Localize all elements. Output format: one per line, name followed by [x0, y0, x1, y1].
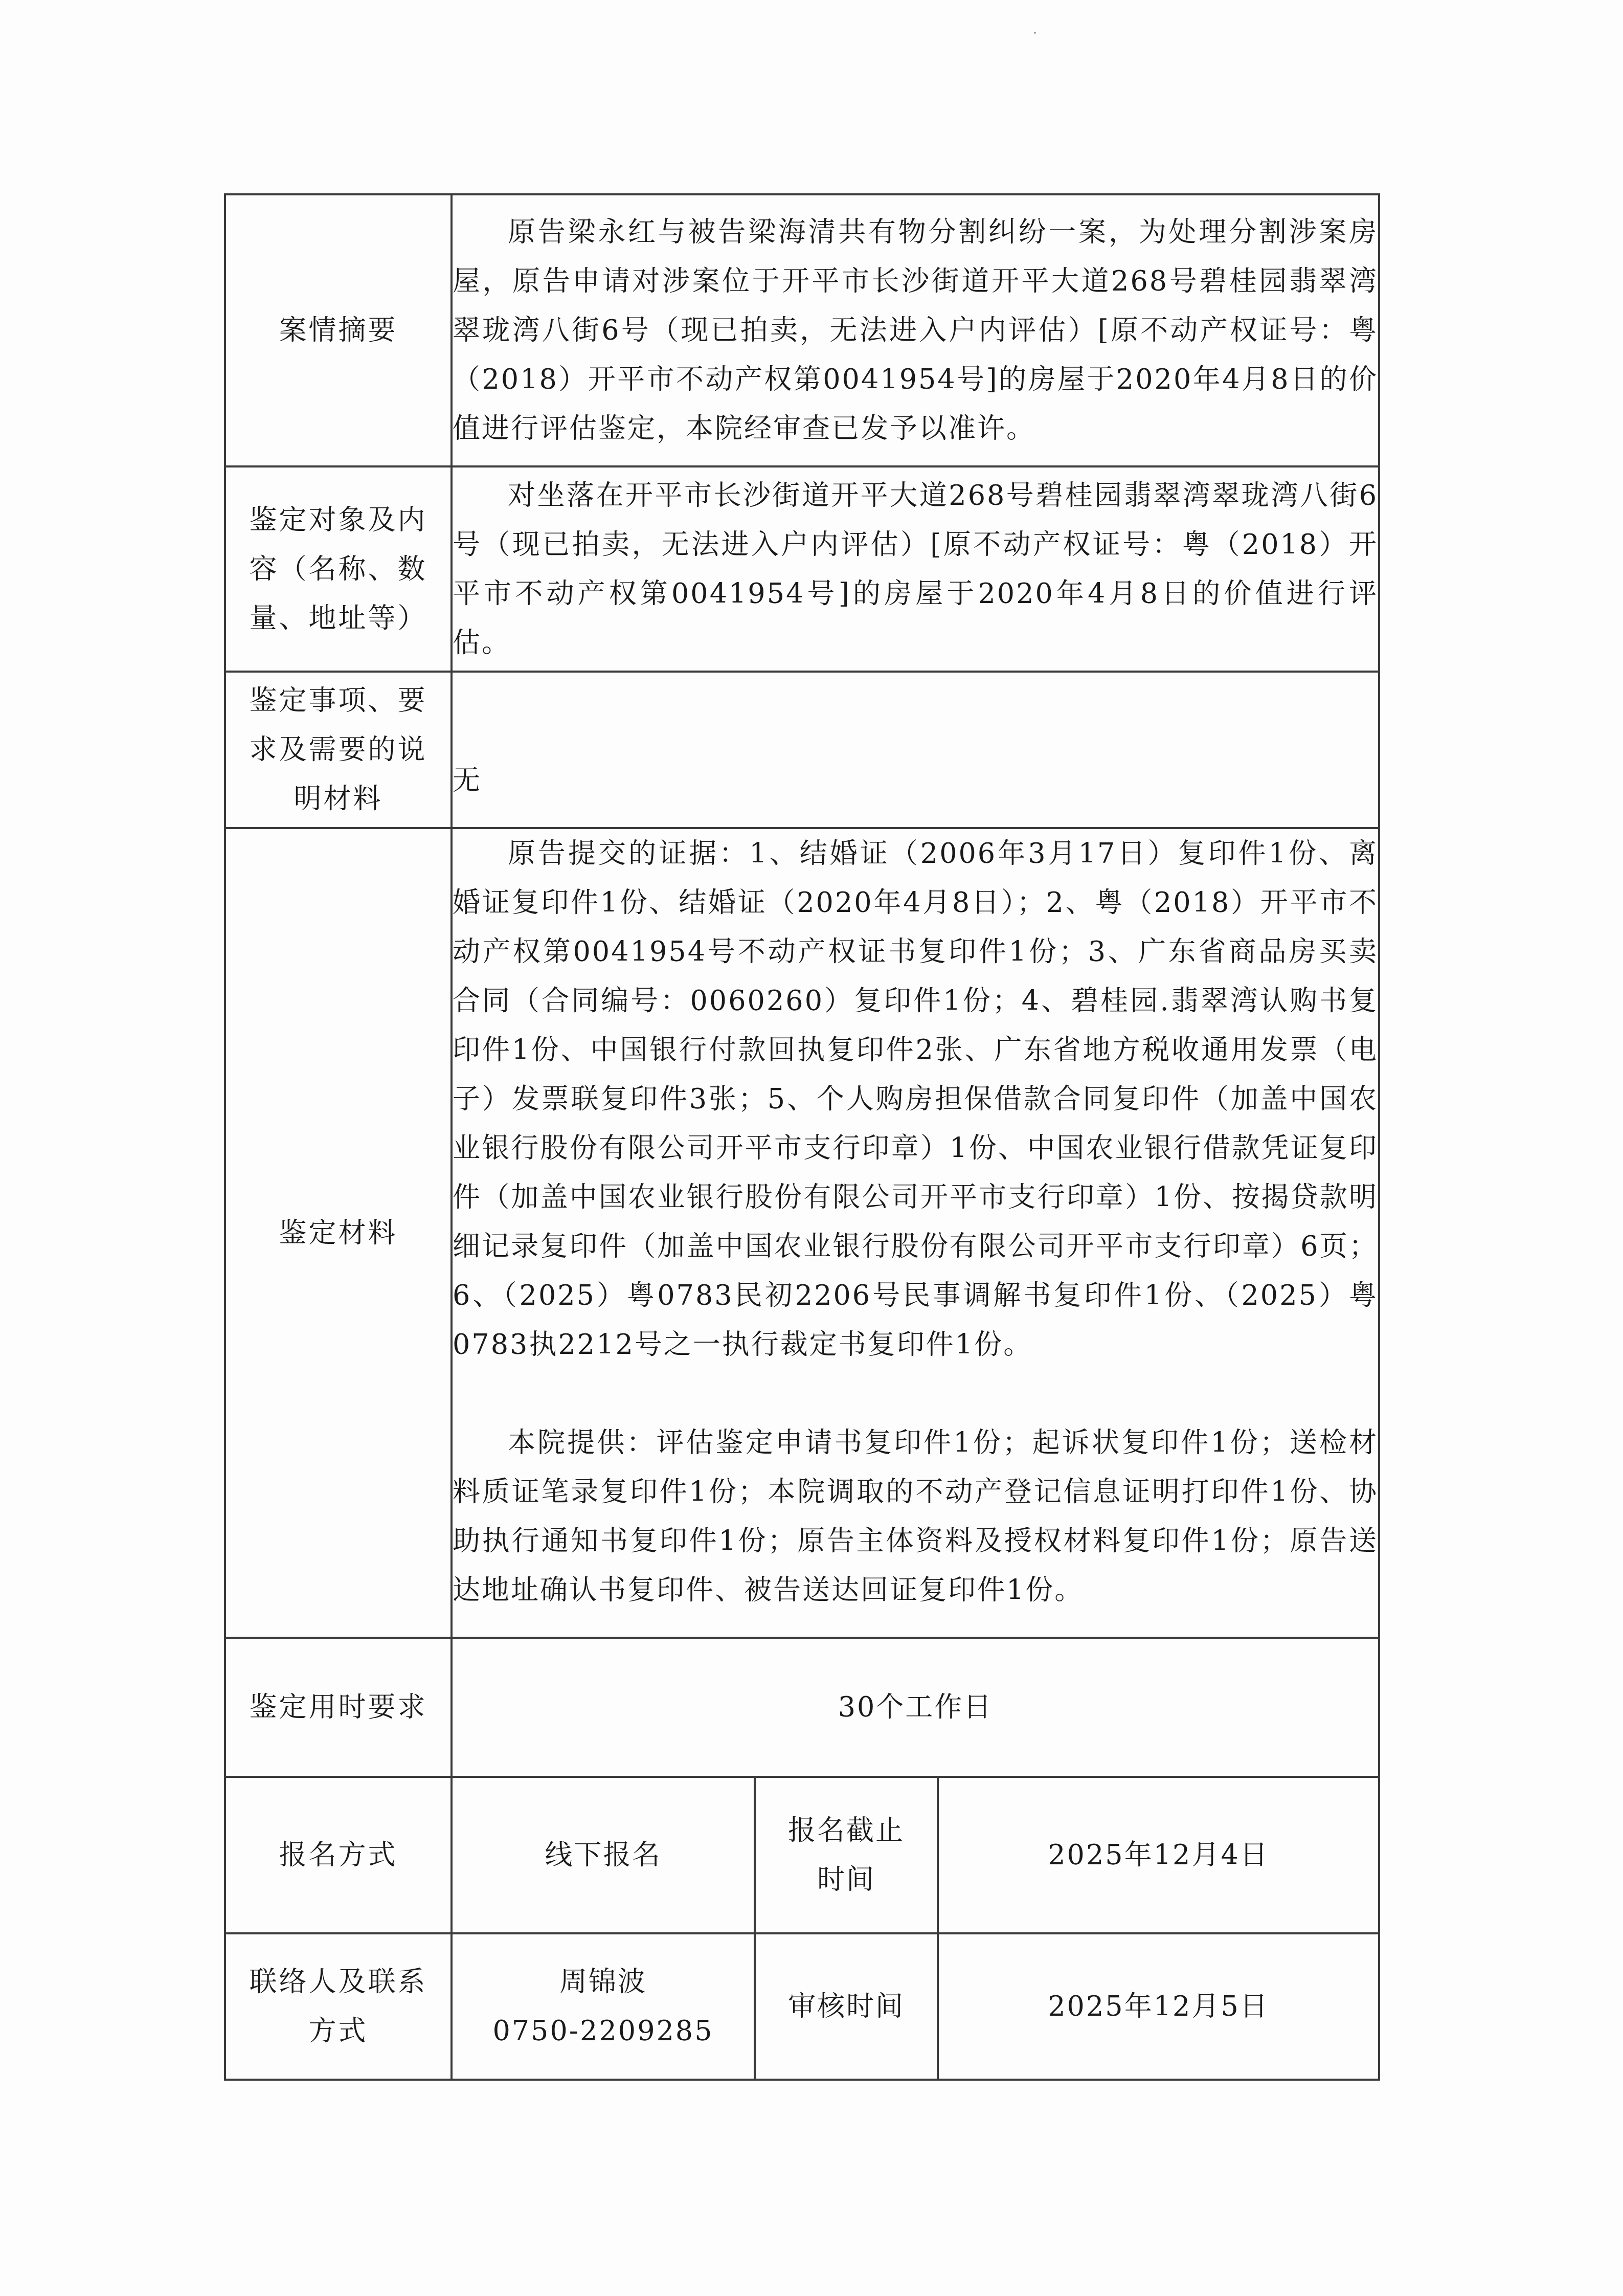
case-summary-content: 原告梁永红与被告梁海清共有物分割纠纷一案，为处理分割涉案房屋，原告申请对涉案位于…: [452, 194, 1379, 466]
contact-value: 周锦波 0750-2209285: [452, 1933, 755, 2080]
appraisal-materials-content: 原告提交的证据：1、结婚证（2006年3月17日）复印件1份、离婚证复印件1份、…: [452, 828, 1379, 1638]
case-summary-text: 原告梁永红与被告梁海清共有物分割纠纷一案，为处理分割涉案房屋，原告申请对涉案位于…: [453, 208, 1378, 453]
label-line: 报名截止: [756, 1806, 937, 1855]
row-appraisal-materials: 鉴定材料 原告提交的证据：1、结婚证（2006年3月17日）复印件1份、离婚证复…: [225, 828, 1379, 1638]
appraisal-object-content: 对坐落在开平市长沙街道开平大道268号碧桂园翡翠湾翠珑湾八街6号（现已拍卖，无法…: [452, 466, 1379, 672]
row-appraisal-object: 鉴定对象及内 容（名称、数 量、地址等） 对坐落在开平市长沙街道开平大道268号…: [225, 466, 1379, 672]
review-time-value: 2025年12月5日: [938, 1933, 1379, 2080]
row-case-summary: 案情摘要 原告梁永红与被告梁海清共有物分割纠纷一案，为处理分割涉案房屋，原告申请…: [225, 194, 1379, 466]
row-appraisal-matters: 鉴定事项、要 求及需要的说 明材料 无: [225, 672, 1379, 828]
court-provided-text: 本院提供：评估鉴定申请书复印件1份；起诉状复印件1份；送检材料质证笔录复印件1份…: [453, 1418, 1378, 1615]
row-contact: 联络人及联系 方式 周锦波 0750-2209285 审核时间 2025年12月…: [225, 1933, 1379, 2080]
review-time-label: 审核时间: [755, 1933, 938, 2080]
contact-phone: 0750-2209285: [453, 2007, 754, 2056]
appraisal-info-table: 案情摘要 原告梁永红与被告梁海清共有物分割纠纷一案，为处理分割涉案房屋，原告申请…: [224, 193, 1380, 2081]
case-summary-label: 案情摘要: [225, 194, 452, 466]
label-line: 联络人及联系: [226, 1957, 450, 2007]
plaintiff-evidence-text: 原告提交的证据：1、结婚证（2006年3月17日）复印件1份、离婚证复印件1份、…: [453, 829, 1378, 1369]
label-line: 明材料: [226, 774, 450, 823]
registration-method-value: 线下报名: [452, 1777, 755, 1933]
label-line: 容（名称、数: [226, 545, 450, 594]
scan-speck: [1034, 32, 1036, 34]
label-line: 鉴定对象及内: [226, 496, 450, 545]
label-line: 方式: [226, 2007, 450, 2056]
label-line: 量、地址等）: [226, 594, 450, 643]
label-line: 鉴定事项、要: [226, 676, 450, 725]
document-page: 案情摘要 原告梁永红与被告梁海清共有物分割纠纷一案，为处理分割涉案房屋，原告申请…: [0, 0, 1623, 2296]
contact-label: 联络人及联系 方式: [225, 1933, 452, 2080]
contact-person: 周锦波: [453, 1957, 754, 2007]
appraisal-matters-label: 鉴定事项、要 求及需要的说 明材料: [225, 672, 452, 828]
row-time-requirement: 鉴定用时要求 30个工作日: [225, 1638, 1379, 1777]
label-line: 时间: [756, 1855, 937, 1904]
time-requirement-value: 30个工作日: [452, 1638, 1379, 1777]
appraisal-materials-label: 鉴定材料: [225, 828, 452, 1638]
time-requirement-label: 鉴定用时要求: [225, 1638, 452, 1777]
row-registration: 报名方式 线下报名 报名截止 时间 2025年12月4日: [225, 1777, 1379, 1933]
registration-deadline-value: 2025年12月4日: [938, 1777, 1379, 1933]
registration-method-label: 报名方式: [225, 1777, 452, 1933]
appraisal-object-text: 对坐落在开平市长沙街道开平大道268号碧桂园翡翠湾翠珑湾八街6号（现已拍卖，无法…: [453, 471, 1378, 667]
registration-deadline-label: 报名截止 时间: [755, 1777, 938, 1933]
label-line: 求及需要的说: [226, 725, 450, 774]
appraisal-matters-text: 无: [453, 756, 1378, 805]
appraisal-matters-content: 无: [452, 672, 1379, 828]
appraisal-object-label: 鉴定对象及内 容（名称、数 量、地址等）: [225, 466, 452, 672]
